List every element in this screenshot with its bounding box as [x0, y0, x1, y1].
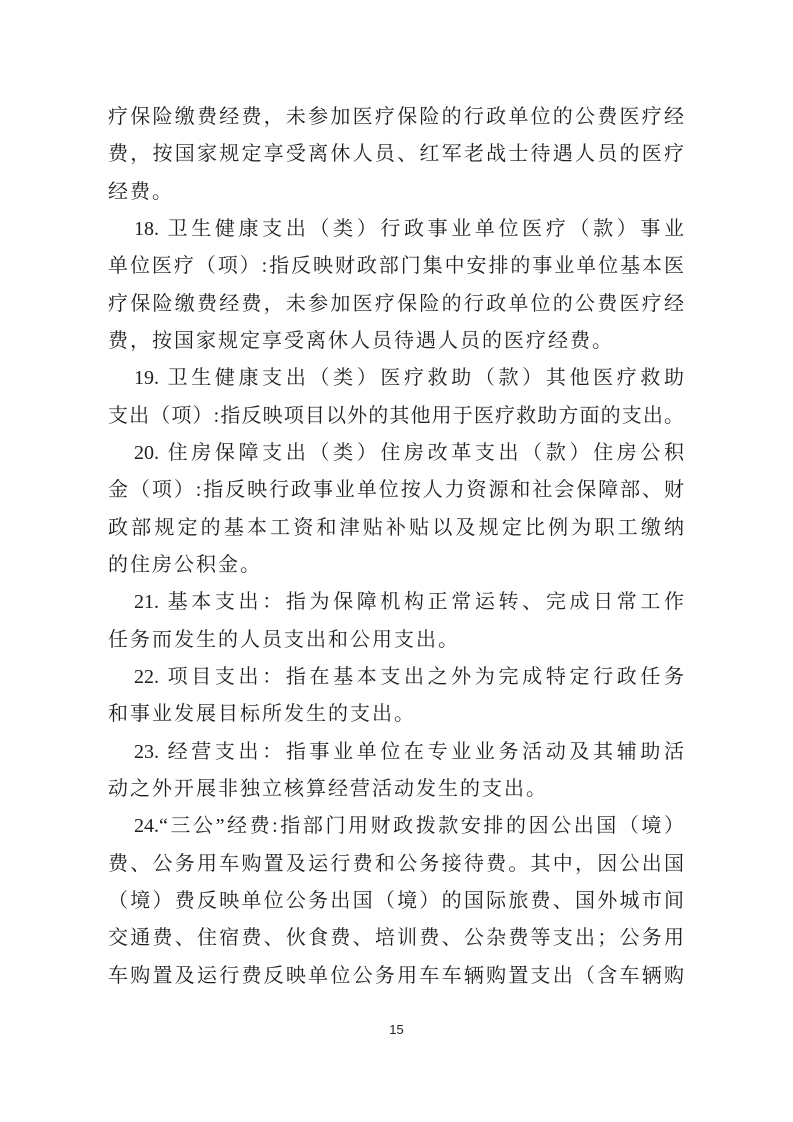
- text-line: 任务而发生的人员支出和公用支出。: [108, 622, 684, 659]
- text-line: 费，按国家规定享受离休人员、红军老战士待遇人员的医疗: [108, 136, 684, 173]
- text-line: 政部规定的基本工资和津贴补贴以及规定比例为职工缴纳: [108, 510, 684, 547]
- text-line: 动之外开展非独立核算经营活动发生的支出。: [108, 771, 684, 808]
- paragraph-21: 21. 基本支出：指为保障机构正常运转、完成日常工作任务而发生的人员支出和公用支…: [108, 584, 684, 659]
- text-line: （境）费反映单位公务出国（境）的国际旅费、国外城市间: [108, 883, 684, 920]
- text-line: 支出（项）:指反映项目以外的其他用于医疗救助方面的支出。: [108, 398, 684, 435]
- text-line: 24.“三公”经费:指部门用财政拨款安排的因公出国（境）: [108, 808, 684, 845]
- text-line: 单位医疗（项）:指反映财政部门集中安排的事业单位基本医: [108, 248, 684, 285]
- text-line: 经费。: [108, 174, 684, 211]
- text-line: 22. 项目支出：指在基本支出之外为完成特定行政任务: [108, 659, 684, 696]
- text-line: 21. 基本支出：指为保障机构正常运转、完成日常工作: [108, 584, 684, 621]
- text-line: 20. 住房保障支出（类）住房改革支出（款）住房公积: [108, 435, 684, 472]
- text-line: 23. 经营支出：指事业单位在专业业务活动及其辅助活: [108, 734, 684, 771]
- document-page: 疗保险缴费经费，未参加医疗保险的行政单位的公费医疗经费，按国家规定享受离休人员、…: [0, 0, 793, 1122]
- text-line: 费、公务用车购置及运行费和公务接待费。其中，因公出国: [108, 846, 684, 883]
- text-line: 费，按国家规定享受离休人员待遇人员的医疗经费。: [108, 323, 684, 360]
- text-line: 和事业发展目标所发生的支出。: [108, 696, 684, 733]
- paragraph-22: 22. 项目支出：指在基本支出之外为完成特定行政任务和事业发展目标所发生的支出。: [108, 659, 684, 734]
- page-number: 15: [0, 1022, 793, 1037]
- paragraph-continuation: 疗保险缴费经费，未参加医疗保险的行政单位的公费医疗经费，按国家规定享受离休人员、…: [108, 99, 684, 211]
- text-line: 19. 卫生健康支出（类）医疗救助（款）其他医疗救助: [108, 360, 684, 397]
- text-line: 的住房公积金。: [108, 547, 684, 584]
- paragraph-23: 23. 经营支出：指事业单位在专业业务活动及其辅助活动之外开展非独立核算经营活动…: [108, 734, 684, 809]
- text-line: 交通费、住宿费、伙食费、培训费、公杂费等支出；公务用: [108, 920, 684, 957]
- text-line: 车购置及运行费反映单位公务用车车辆购置支出（含车辆购: [108, 958, 684, 995]
- paragraph-19: 19. 卫生健康支出（类）医疗救助（款）其他医疗救助支出（项）:指反映项目以外的…: [108, 360, 684, 435]
- paragraph-20: 20. 住房保障支出（类）住房改革支出（款）住房公积金（项）:指反映行政事业单位…: [108, 435, 684, 584]
- text-line: 疗保险缴费经费，未参加医疗保险的行政单位的公费医疗经: [108, 286, 684, 323]
- text-line: 金（项）:指反映行政事业单位按人力资源和社会保障部、财: [108, 472, 684, 509]
- paragraph-18: 18. 卫生健康支出（类）行政事业单位医疗（款）事业单位医疗（项）:指反映财政部…: [108, 211, 684, 360]
- document-body: 疗保险缴费经费，未参加医疗保险的行政单位的公费医疗经费，按国家规定享受离休人员、…: [108, 99, 684, 995]
- text-line: 18. 卫生健康支出（类）行政事业单位医疗（款）事业: [108, 211, 684, 248]
- text-line: 疗保险缴费经费，未参加医疗保险的行政单位的公费医疗经: [108, 99, 684, 136]
- paragraph-24: 24.“三公”经费:指部门用财政拨款安排的因公出国（境）费、公务用车购置及运行费…: [108, 808, 684, 995]
